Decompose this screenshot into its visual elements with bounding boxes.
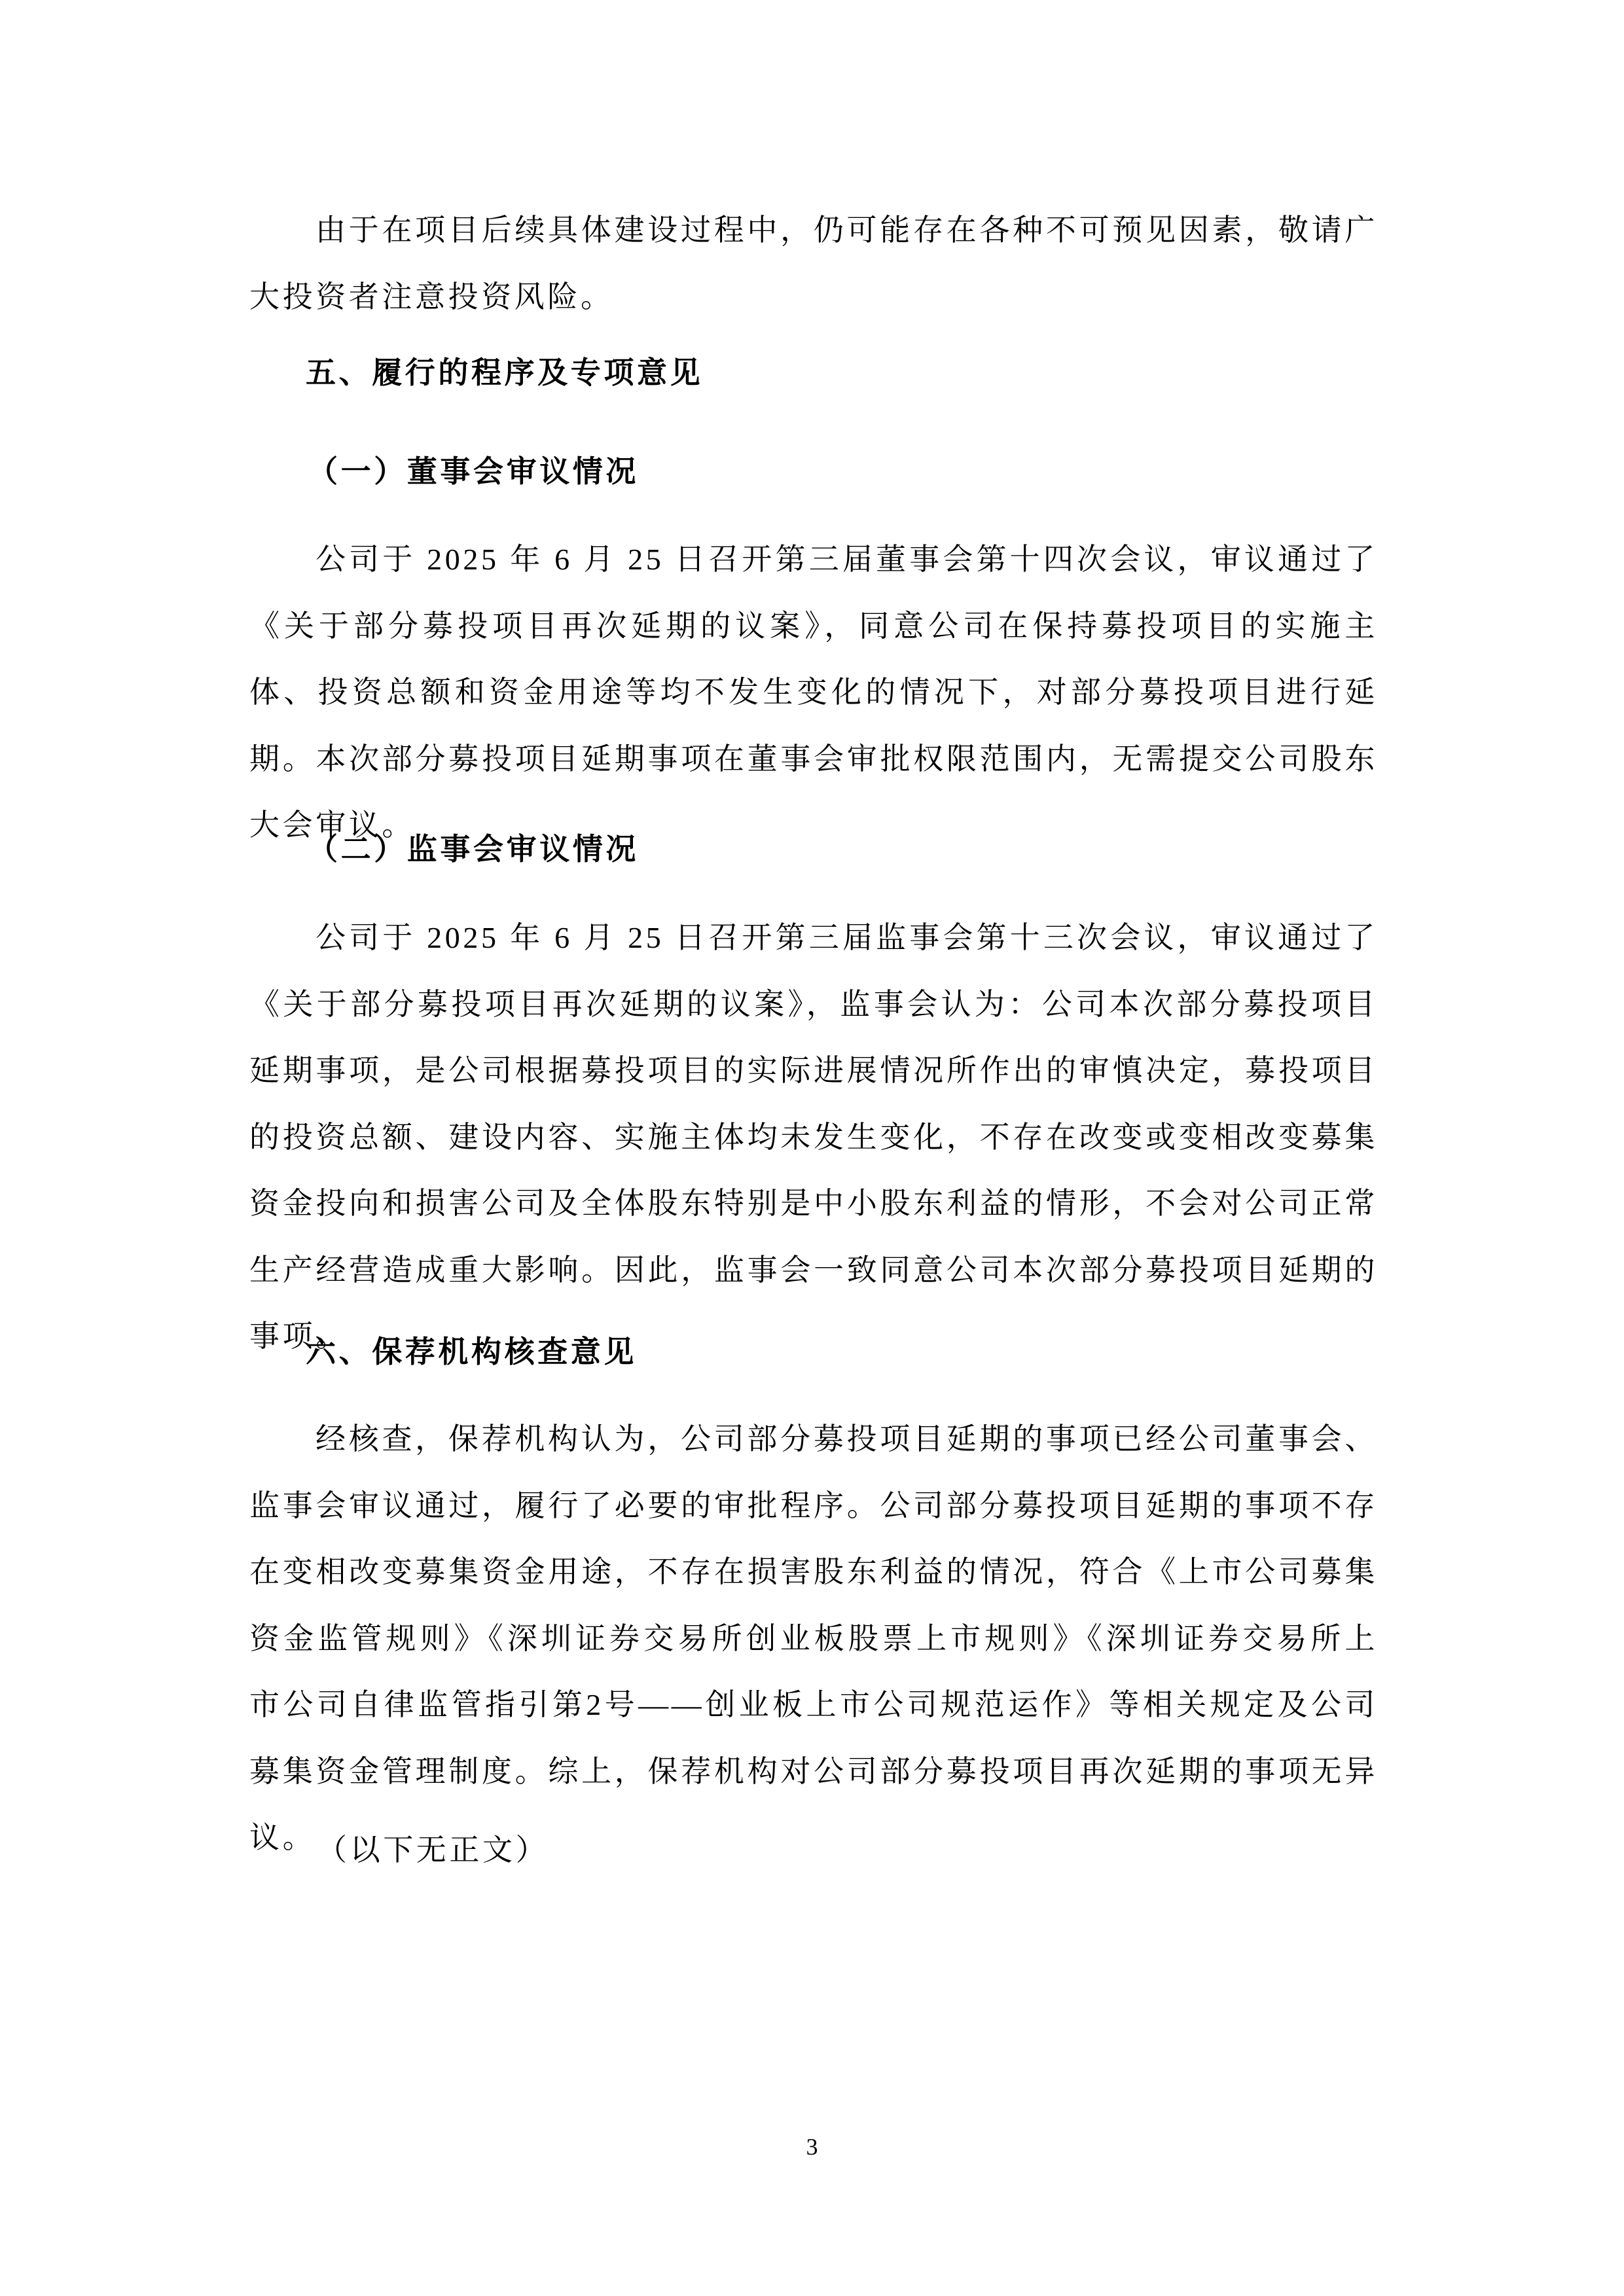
paragraph-risk-warning: 由于在项目后续具体建设过程中，仍可能存在各种不可预见因素，敬请广大投资者注意投资… <box>249 197 1378 330</box>
subheading-supervisory-review: （二）监事会审议情况 <box>308 816 1378 883</box>
paragraph-sponsor-opinion: 经核查，保荐机构认为，公司部分募投项目延期的事项已经公司董事会、监事会审议通过，… <box>249 1406 1378 1871</box>
paragraph-supervisory-review: 公司于 2025 年 6 月 25 日召开第三届监事会第十三次会议，审议通过了《… <box>249 905 1378 1370</box>
page-number: 3 <box>0 2132 1624 2161</box>
end-of-text-note: （以下无正文） <box>317 1817 1378 1884</box>
section-heading-sponsor-opinion: 六、保荐机构核查意见 <box>306 1319 1378 1386</box>
paragraph-board-review: 公司于 2025 年 6 月 25 日召开第三届董事会第十四次会议，审议通过了《… <box>249 526 1378 859</box>
subheading-board-review: （一）董事会审议情况 <box>308 439 1378 505</box>
section-heading-procedures: 五、履行的程序及专项意见 <box>306 340 1378 406</box>
document-page: 由于在项目后续具体建设过程中，仍可能存在各种不可预见因素，敬请广大投资者注意投资… <box>0 0 1624 2296</box>
